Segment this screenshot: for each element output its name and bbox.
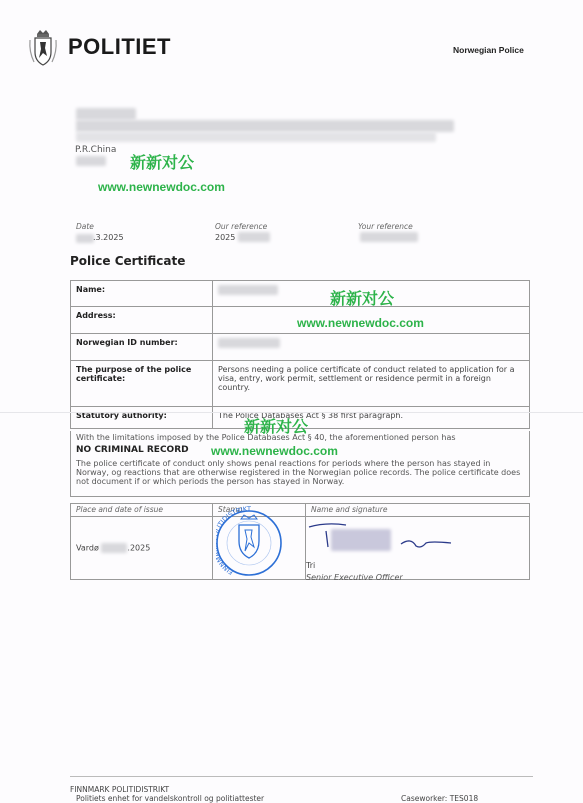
field-label: Address: (71, 307, 213, 334)
redacted-our-reference (238, 232, 270, 242)
signer-name: Tri (306, 561, 315, 570)
logo-text: POLITIET (68, 34, 171, 60)
our-reference-label: Our reference (215, 222, 267, 231)
signature-table: Place and date of issue Stamp Name and s… (70, 503, 530, 580)
field-label: Name: (71, 281, 213, 307)
official-stamp-icon: FINNMARK POLITIDISTRIKT (216, 505, 282, 581)
redacted-id (218, 338, 280, 348)
our-reference-value: 2025 (215, 233, 235, 242)
field-label: Norwegian ID number: (71, 334, 213, 361)
statement-intro: With the limitations imposed by the Poli… (76, 433, 524, 442)
footer-unit: Politiets enhet for vandelskontroll og p… (76, 794, 264, 803)
place-date-cell: Vardø .2025 (71, 517, 213, 580)
redacted-date-day (76, 234, 94, 243)
redacted-issue-date (101, 543, 127, 553)
name-signature-label: Name and signature (306, 504, 530, 517)
signer-name-prefix: Tri (306, 561, 315, 570)
organization-name: Norwegian Police (453, 45, 524, 55)
name-signature-cell: Tri Senior Executive Officer (306, 517, 530, 580)
statement-note: The police certificate of conduct only s… (76, 459, 524, 486)
footer-district: FINNMARK POLITIDISTRIKT (70, 785, 169, 794)
redacted-name (218, 285, 278, 295)
watermark-url: www.newnewdoc.com (98, 180, 225, 194)
statement-box: With the limitations imposed by the Poli… (70, 431, 530, 497)
redacted-recipient-line-3 (76, 132, 436, 142)
recipient-country: P.R.China (75, 145, 116, 155)
watermark-url: www.newnewdoc.com (297, 316, 424, 330)
date-label: Date (76, 222, 94, 231)
your-reference-label: Your reference (358, 222, 413, 231)
field-value-purpose: Persons needing a police certificate of … (213, 361, 530, 407)
watermark-chinese: 新新对公 (130, 150, 194, 173)
scan-artifact-line (0, 412, 583, 413)
signer-title: Senior Executive Officer (306, 573, 403, 582)
issue-year: .2025 (127, 544, 150, 553)
date-value: .3.2025 (93, 233, 124, 242)
redacted-recipient-line-1 (76, 108, 136, 120)
footer-caseworker: Caseworker: TES018 (401, 794, 478, 803)
watermark-chinese: 新新对公 (330, 286, 394, 309)
document-title: Police Certificate (70, 254, 185, 268)
redacted-postcode (76, 156, 106, 166)
field-row-id: Norwegian ID number: (71, 334, 530, 361)
watermark-url: www.newnewdoc.com (211, 444, 338, 458)
field-row-name: Name: (71, 281, 530, 307)
certificate-fields-table: Name: Address: Norwegian ID number: The … (70, 280, 530, 429)
redacted-your-reference (360, 232, 418, 242)
field-label: The purpose of the police certificate: (71, 361, 213, 407)
footer-divider (70, 776, 533, 777)
field-value-id (213, 334, 530, 361)
coat-of-arms-icon (28, 28, 58, 68)
place-name: Vardø (76, 544, 99, 553)
redacted-recipient-line-2 (76, 120, 454, 132)
field-label: Statutory authority: (71, 407, 213, 429)
field-row-purpose: The purpose of the police certificate: P… (71, 361, 530, 407)
redacted-signature (331, 529, 391, 551)
place-date-label: Place and date of issue (71, 504, 213, 517)
